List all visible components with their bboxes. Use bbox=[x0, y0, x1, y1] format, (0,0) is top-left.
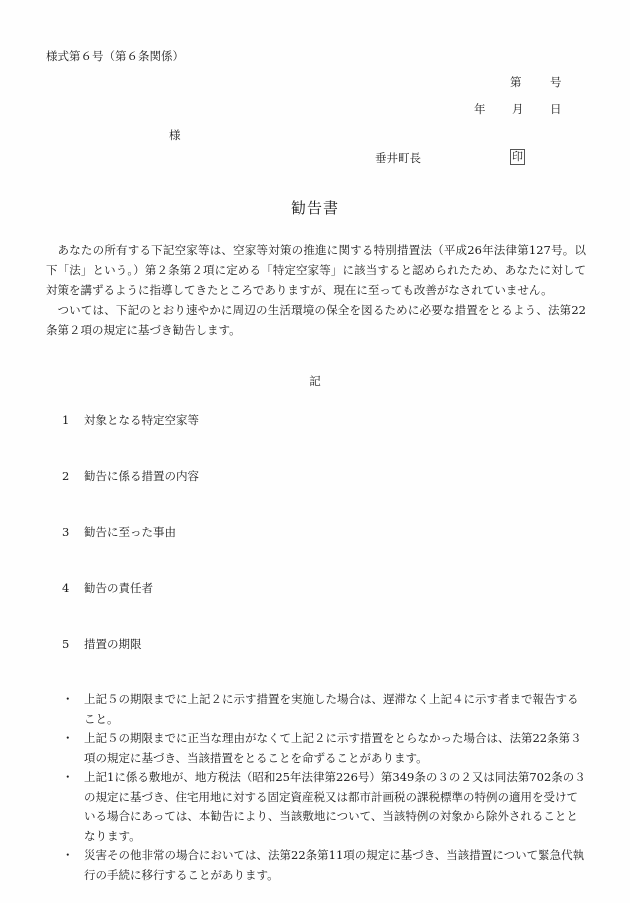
item-deadline: 5措置の期限 bbox=[62, 636, 142, 652]
note-text: 災害その他非常の場合においては、法第22条第11項の規定に基づき、当該措置につい… bbox=[84, 848, 584, 882]
body-paragraph: あなたの所有する下記空家等は、空家等対策の推進に関する特別措置法（平成26年法律… bbox=[46, 240, 586, 300]
addressee-suffix: 様 bbox=[169, 127, 181, 143]
note-item: ・上記５の期限までに上記２に示す措置を実施した場合は、遅滞なく上記４に示す者まで… bbox=[62, 690, 587, 729]
item-label: 措置の期限 bbox=[84, 637, 142, 651]
item-label: 勧告に係る措置の内容 bbox=[84, 469, 199, 483]
note-item: ・災害その他非常の場合においては、法第22条第11項の規定に基づき、当該措置につ… bbox=[62, 846, 587, 885]
item-number: 4 bbox=[62, 581, 84, 595]
item-number: 5 bbox=[62, 637, 84, 651]
date-month: 月 bbox=[512, 101, 524, 117]
note-text: 上記５の期限までに正当な理由がなくて上記２に示す措置をとらなかった場合は、法第2… bbox=[84, 731, 582, 765]
item-measures: 2勧告に係る措置の内容 bbox=[62, 468, 199, 484]
note-item: ・上記５の期限までに正当な理由がなくて上記２に示す措置をとらなかった場合は、法第… bbox=[62, 729, 587, 768]
item-reason: 3勧告に至った事由 bbox=[62, 524, 176, 540]
item-number: 3 bbox=[62, 525, 84, 539]
document-title: 勧告書 bbox=[0, 197, 630, 218]
item-number: 1 bbox=[62, 413, 84, 427]
item-number: 2 bbox=[62, 469, 84, 483]
note-text: 上記５の期限までに上記２に示す措置を実施した場合は、遅滞なく上記４に示す者まで報… bbox=[84, 692, 579, 726]
item-responsible-person: 4勧告の責任者 bbox=[62, 580, 153, 596]
item-target-property: 1対象となる特定空家等 bbox=[62, 412, 199, 428]
bullet-icon: ・ bbox=[62, 729, 74, 749]
issuer-name: 垂井町長 bbox=[375, 150, 421, 166]
item-label: 勧告に至った事由 bbox=[84, 525, 176, 539]
doc-number-prefix: 第 bbox=[510, 74, 522, 90]
date-day: 日 bbox=[550, 101, 562, 117]
form-label: 様式第６号（第６条関係） bbox=[46, 48, 184, 64]
date-year: 年 bbox=[474, 101, 486, 117]
item-label: 対象となる特定空家等 bbox=[84, 413, 199, 427]
ki-heading: 記 bbox=[0, 373, 630, 389]
bullet-icon: ・ bbox=[62, 690, 74, 710]
body-text: あなたの所有する下記空家等は、空家等対策の推進に関する特別措置法（平成26年法律… bbox=[46, 240, 586, 340]
bullet-icon: ・ bbox=[62, 846, 74, 866]
doc-number-suffix: 号 bbox=[550, 74, 562, 90]
seal-mark: 印 bbox=[510, 149, 525, 165]
note-item: ・上記1に係る敷地が、地方税法（昭和25年法律第226号）第349条の３の２又は… bbox=[62, 768, 587, 846]
body-paragraph: ついては、下記のとおり速やかに周辺の生活環境の保全を図るために必要な措置をとるよ… bbox=[46, 300, 586, 340]
note-text: 上記1に係る敷地が、地方税法（昭和25年法律第226号）第349条の３の２又は同… bbox=[84, 770, 586, 843]
notes-list: ・上記５の期限までに上記２に示す措置を実施した場合は、遅滞なく上記４に示す者まで… bbox=[62, 690, 587, 885]
item-label: 勧告の責任者 bbox=[84, 581, 153, 595]
bullet-icon: ・ bbox=[62, 768, 74, 788]
